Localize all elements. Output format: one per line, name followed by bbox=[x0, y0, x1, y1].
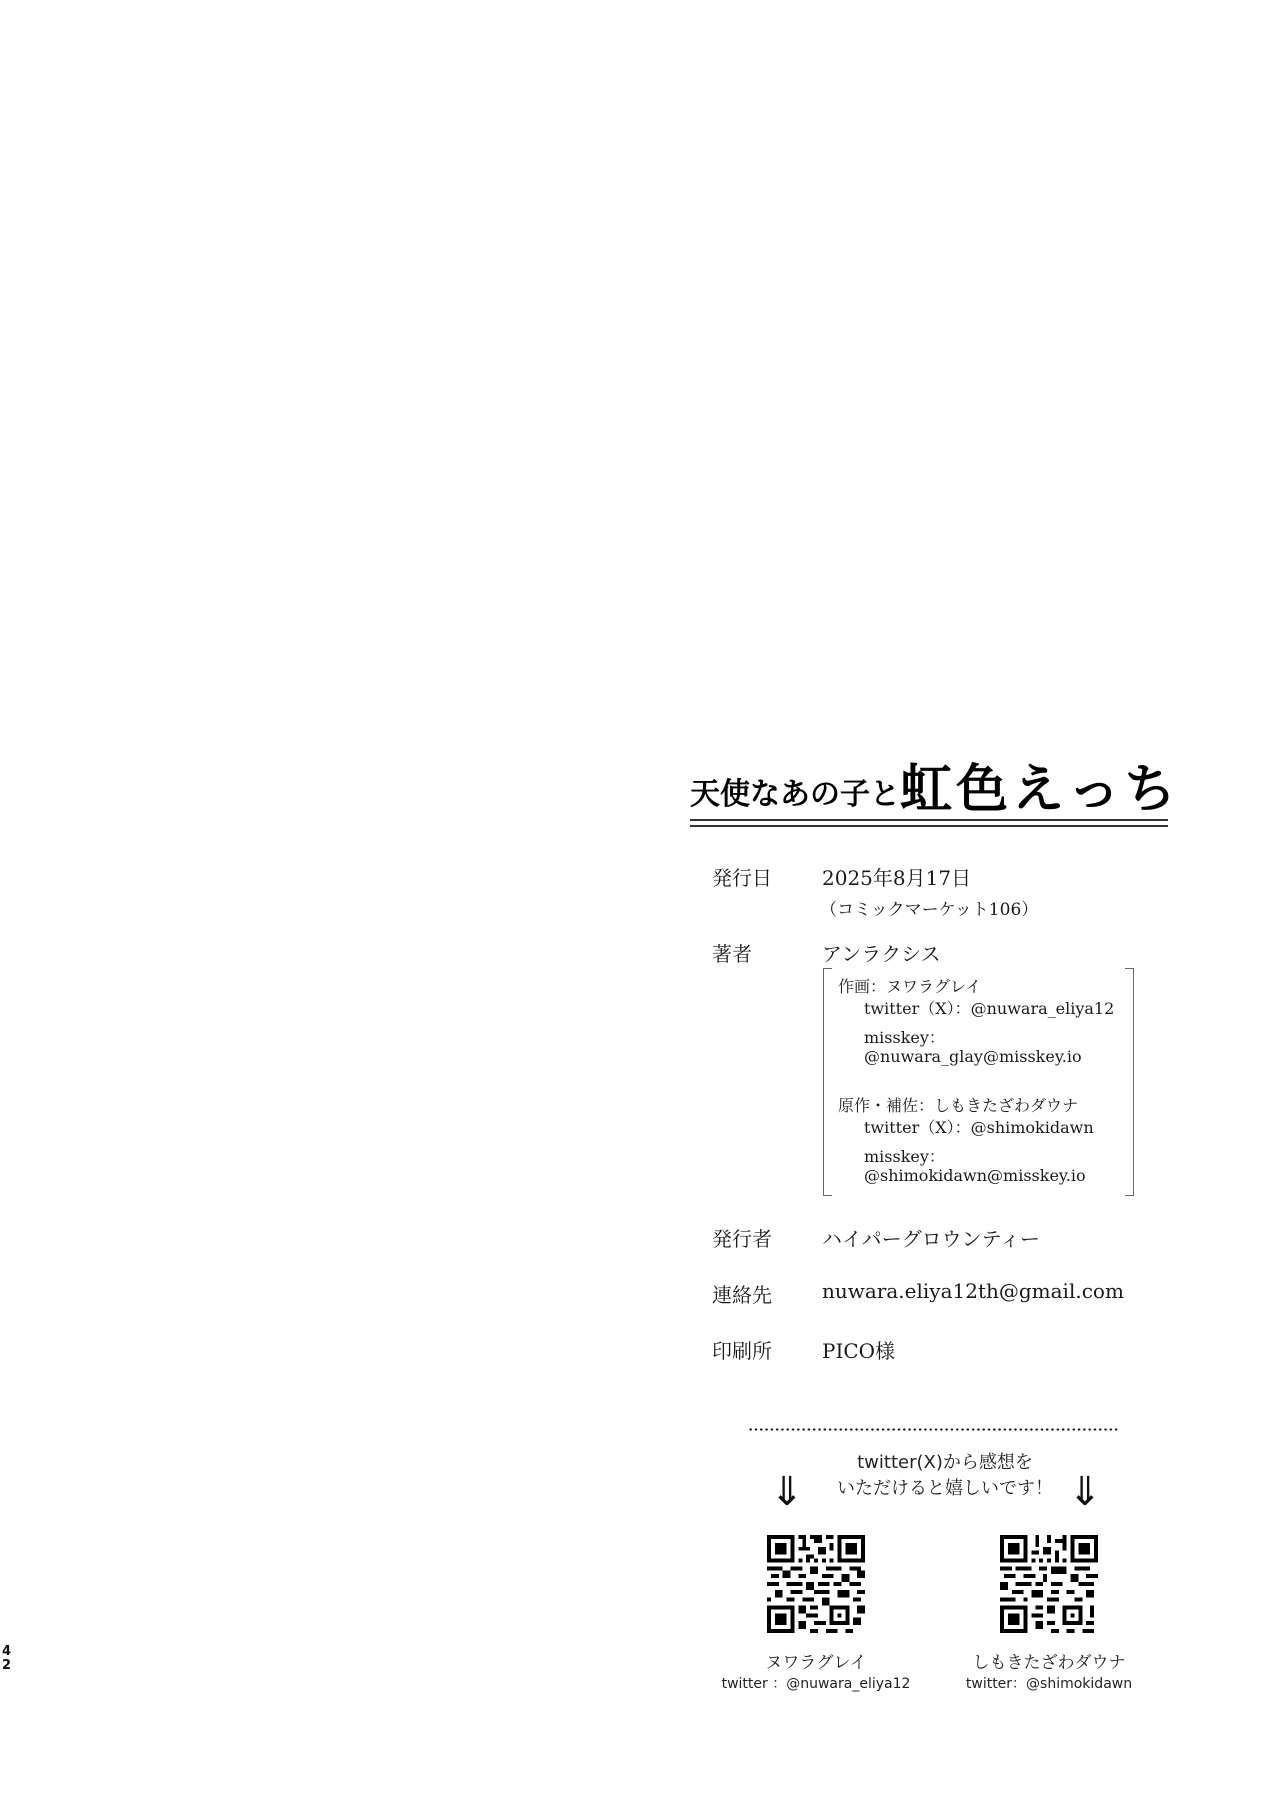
qr-code-nuwara[interactable] bbox=[767, 1535, 865, 1633]
contact-value: nuwara.eliya12th@gmail.com bbox=[822, 1279, 1124, 1303]
credit-illustrator-misskey-label: misskey： bbox=[864, 1025, 945, 1048]
author-label: 著者 bbox=[712, 938, 752, 967]
credit-writer-misskey: @shimokidawn@misskey.io bbox=[864, 1166, 1086, 1185]
book-title: 天使なあの子と 虹色えっち bbox=[690, 752, 1180, 816]
down-arrow-icon: ⇓ bbox=[770, 1472, 804, 1512]
credit-writer-role: 原作・補佐：しもきたざわダウナ bbox=[838, 1093, 1078, 1116]
qr-label-handle-shimokidawn: twitter：@shimokidawn bbox=[933, 1673, 1165, 1693]
credit-illustrator-twitter: twitter（X）：@nuwara_eliya12 bbox=[864, 996, 1114, 1019]
author-value: アンラクシス bbox=[822, 938, 941, 967]
book-title-part1: 天使なあの子と bbox=[690, 780, 900, 810]
credit-illustrator-role: 作画：ヌワラグレイ bbox=[838, 974, 981, 997]
credits-bracket-left bbox=[823, 968, 832, 1196]
publisher-value: ハイパーグロウンティー bbox=[822, 1223, 1040, 1252]
publish-date-note: （コミックマーケット106） bbox=[820, 895, 1038, 920]
publisher-label: 発行者 bbox=[712, 1223, 772, 1252]
printer-label: 印刷所 bbox=[712, 1335, 772, 1364]
credit-illustrator-misskey: @nuwara_glay@misskey.io bbox=[864, 1047, 1082, 1066]
page-number-digit-2: 2 bbox=[2, 1659, 11, 1673]
dotted-divider bbox=[748, 1428, 1118, 1431]
publish-date-label: 発行日 bbox=[712, 862, 772, 891]
qr-code-shimokidawn[interactable] bbox=[1000, 1535, 1098, 1633]
feedback-line-1: twitter(X)から感想を bbox=[800, 1450, 1090, 1476]
feedback-line-2: いただけると嬉しいです！ bbox=[800, 1476, 1090, 1502]
title-rule-bottom bbox=[690, 825, 1168, 827]
qr-label-handle-nuwara: twitter ：@nuwara_eliya12 bbox=[700, 1673, 932, 1693]
qr-label-name-nuwara: ヌワラグレイ bbox=[716, 1648, 916, 1673]
book-title-part2: 虹色えっち bbox=[900, 764, 1180, 816]
title-rule-top bbox=[690, 819, 1168, 821]
contact-label: 連絡先 bbox=[712, 1279, 772, 1308]
credit-writer-twitter: twitter（X）：@shimokidawn bbox=[864, 1115, 1094, 1138]
credits-bracket-right bbox=[1125, 968, 1134, 1196]
credit-writer-misskey-label: misskey： bbox=[864, 1144, 945, 1167]
qr-code-icon bbox=[1000, 1535, 1098, 1633]
publish-date-value: 2025年8月17日 bbox=[822, 862, 971, 891]
qr-label-name-shimokidawn: しもきたざわダウナ bbox=[949, 1648, 1149, 1673]
qr-code-icon bbox=[767, 1535, 865, 1633]
printer-value: PICO様 bbox=[822, 1335, 895, 1364]
page-number-digit-1: 4 bbox=[2, 1645, 11, 1659]
page-number: 4 2 bbox=[2, 1645, 11, 1673]
down-arrow-icon: ⇓ bbox=[1068, 1472, 1102, 1512]
